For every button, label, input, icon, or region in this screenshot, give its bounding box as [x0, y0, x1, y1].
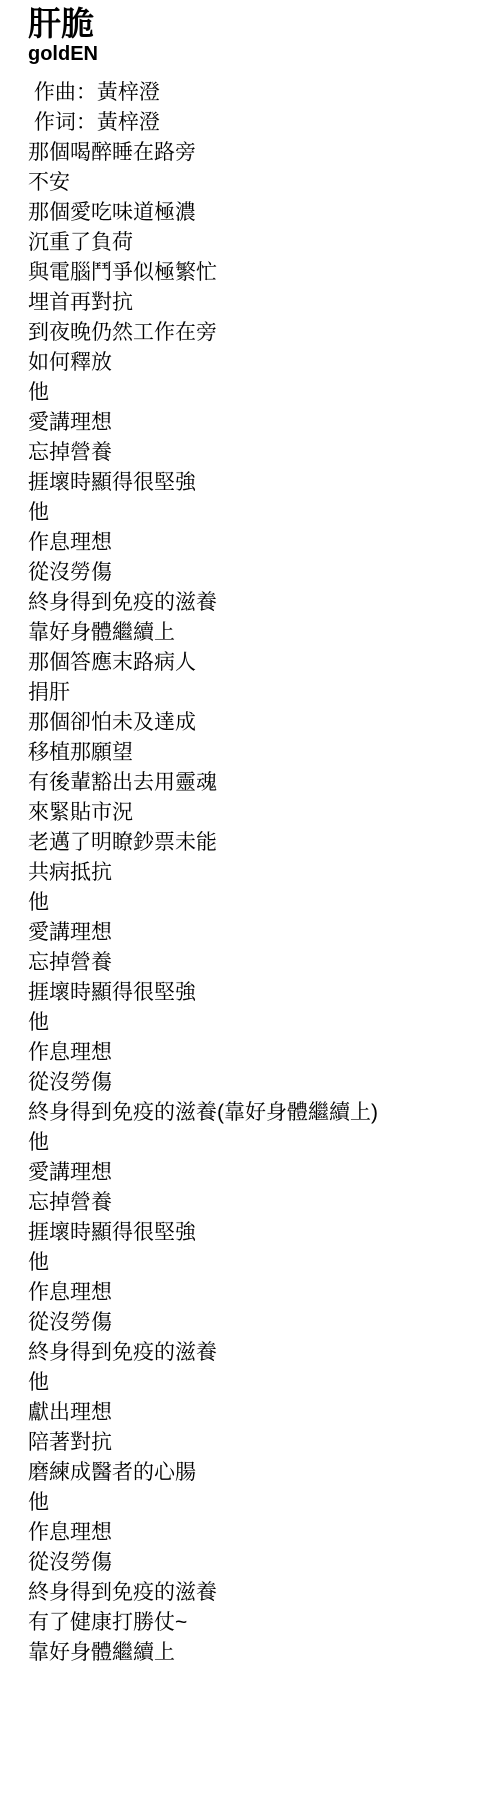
lyric-line: 他	[28, 1488, 480, 1518]
lyric-line: 從沒勞傷	[28, 1308, 480, 1338]
lyric-line: 有後輩豁出去用靈魂	[28, 768, 480, 798]
lyric-line: 那個喝醉睡在路旁	[28, 138, 480, 168]
song-title: 肝脆	[28, 6, 480, 42]
lyric-line: 終身得到免疫的滋養	[28, 588, 480, 618]
lyric-line: 從沒勞傷	[28, 1068, 480, 1098]
lyric-line: 終身得到免疫的滋養(靠好身體繼續上)	[28, 1098, 480, 1128]
lyric-line: 來緊貼市況	[28, 798, 480, 828]
lyric-line: 終身得到免疫的滋養	[28, 1578, 480, 1608]
lyric-line: 獻出理想	[28, 1398, 480, 1428]
lyric-line: 靠好身體繼續上	[28, 618, 480, 648]
lyric-line: 他	[28, 888, 480, 918]
lyric-line: 從沒勞傷	[28, 558, 480, 588]
artist-name: goldEN	[28, 44, 480, 65]
lyric-line: 那個卻怕未及達成	[28, 708, 480, 738]
lyric-line: 作词：黃梓澄	[28, 108, 480, 138]
lyric-line: 到夜晚仍然工作在旁	[28, 318, 480, 348]
lyric-line: 他	[28, 1008, 480, 1038]
lyric-line: 移植那願望	[28, 738, 480, 768]
lyric-line: 忘掉營養	[28, 1188, 480, 1218]
lyric-line: 作息理想	[28, 1278, 480, 1308]
lyric-line: 愛講理想	[28, 918, 480, 948]
lyric-line: 他	[28, 498, 480, 528]
lyric-line: 如何釋放	[28, 348, 480, 378]
lyric-line: 磨練成醫者的心腸	[28, 1458, 480, 1488]
lyrics-block: 作曲：黃梓澄 作词：黃梓澄那個喝醉睡在路旁不安那個愛吃味道極濃沉重了負荷與電腦鬥…	[28, 78, 480, 1668]
lyric-line: 捱壞時顯得很堅強	[28, 1218, 480, 1248]
lyric-line: 捐肝	[28, 678, 480, 708]
lyric-line: 他	[28, 1128, 480, 1158]
lyric-line: 不安	[28, 168, 480, 198]
lyric-line: 忘掉營養	[28, 438, 480, 468]
lyric-line: 從沒勞傷	[28, 1548, 480, 1578]
lyric-line: 陪著對抗	[28, 1428, 480, 1458]
lyric-line: 他	[28, 1368, 480, 1398]
lyric-line: 他	[28, 378, 480, 408]
lyric-line: 作息理想	[28, 1518, 480, 1548]
lyric-line: 埋首再對抗	[28, 288, 480, 318]
lyric-line: 那個愛吃味道極濃	[28, 198, 480, 228]
lyric-line: 老邁了明瞭鈔票未能	[28, 828, 480, 858]
lyric-line: 沉重了負荷	[28, 228, 480, 258]
lyric-line: 作息理想	[28, 1038, 480, 1068]
lyric-line: 那個答應末路病人	[28, 648, 480, 678]
lyric-line: 忘掉營養	[28, 948, 480, 978]
lyric-line: 有了健康打勝仗~	[28, 1608, 480, 1638]
lyric-line: 共病抵抗	[28, 858, 480, 888]
lyric-line: 捱壞時顯得很堅強	[28, 978, 480, 1008]
lyric-line: 愛講理想	[28, 1158, 480, 1188]
lyric-line: 作息理想	[28, 528, 480, 558]
lyric-line: 作曲：黃梓澄	[28, 78, 480, 108]
lyric-line: 終身得到免疫的滋養	[28, 1338, 480, 1368]
lyrics-page: 肝脆 goldEN 作曲：黃梓澄 作词：黃梓澄那個喝醉睡在路旁不安那個愛吃味道極…	[0, 0, 500, 1668]
lyric-line: 他	[28, 1248, 480, 1278]
lyric-line: 靠好身體繼續上	[28, 1638, 480, 1668]
lyric-line: 捱壞時顯得很堅強	[28, 468, 480, 498]
lyric-line: 與電腦鬥爭似極繁忙	[28, 258, 480, 288]
lyric-line: 愛講理想	[28, 408, 480, 438]
